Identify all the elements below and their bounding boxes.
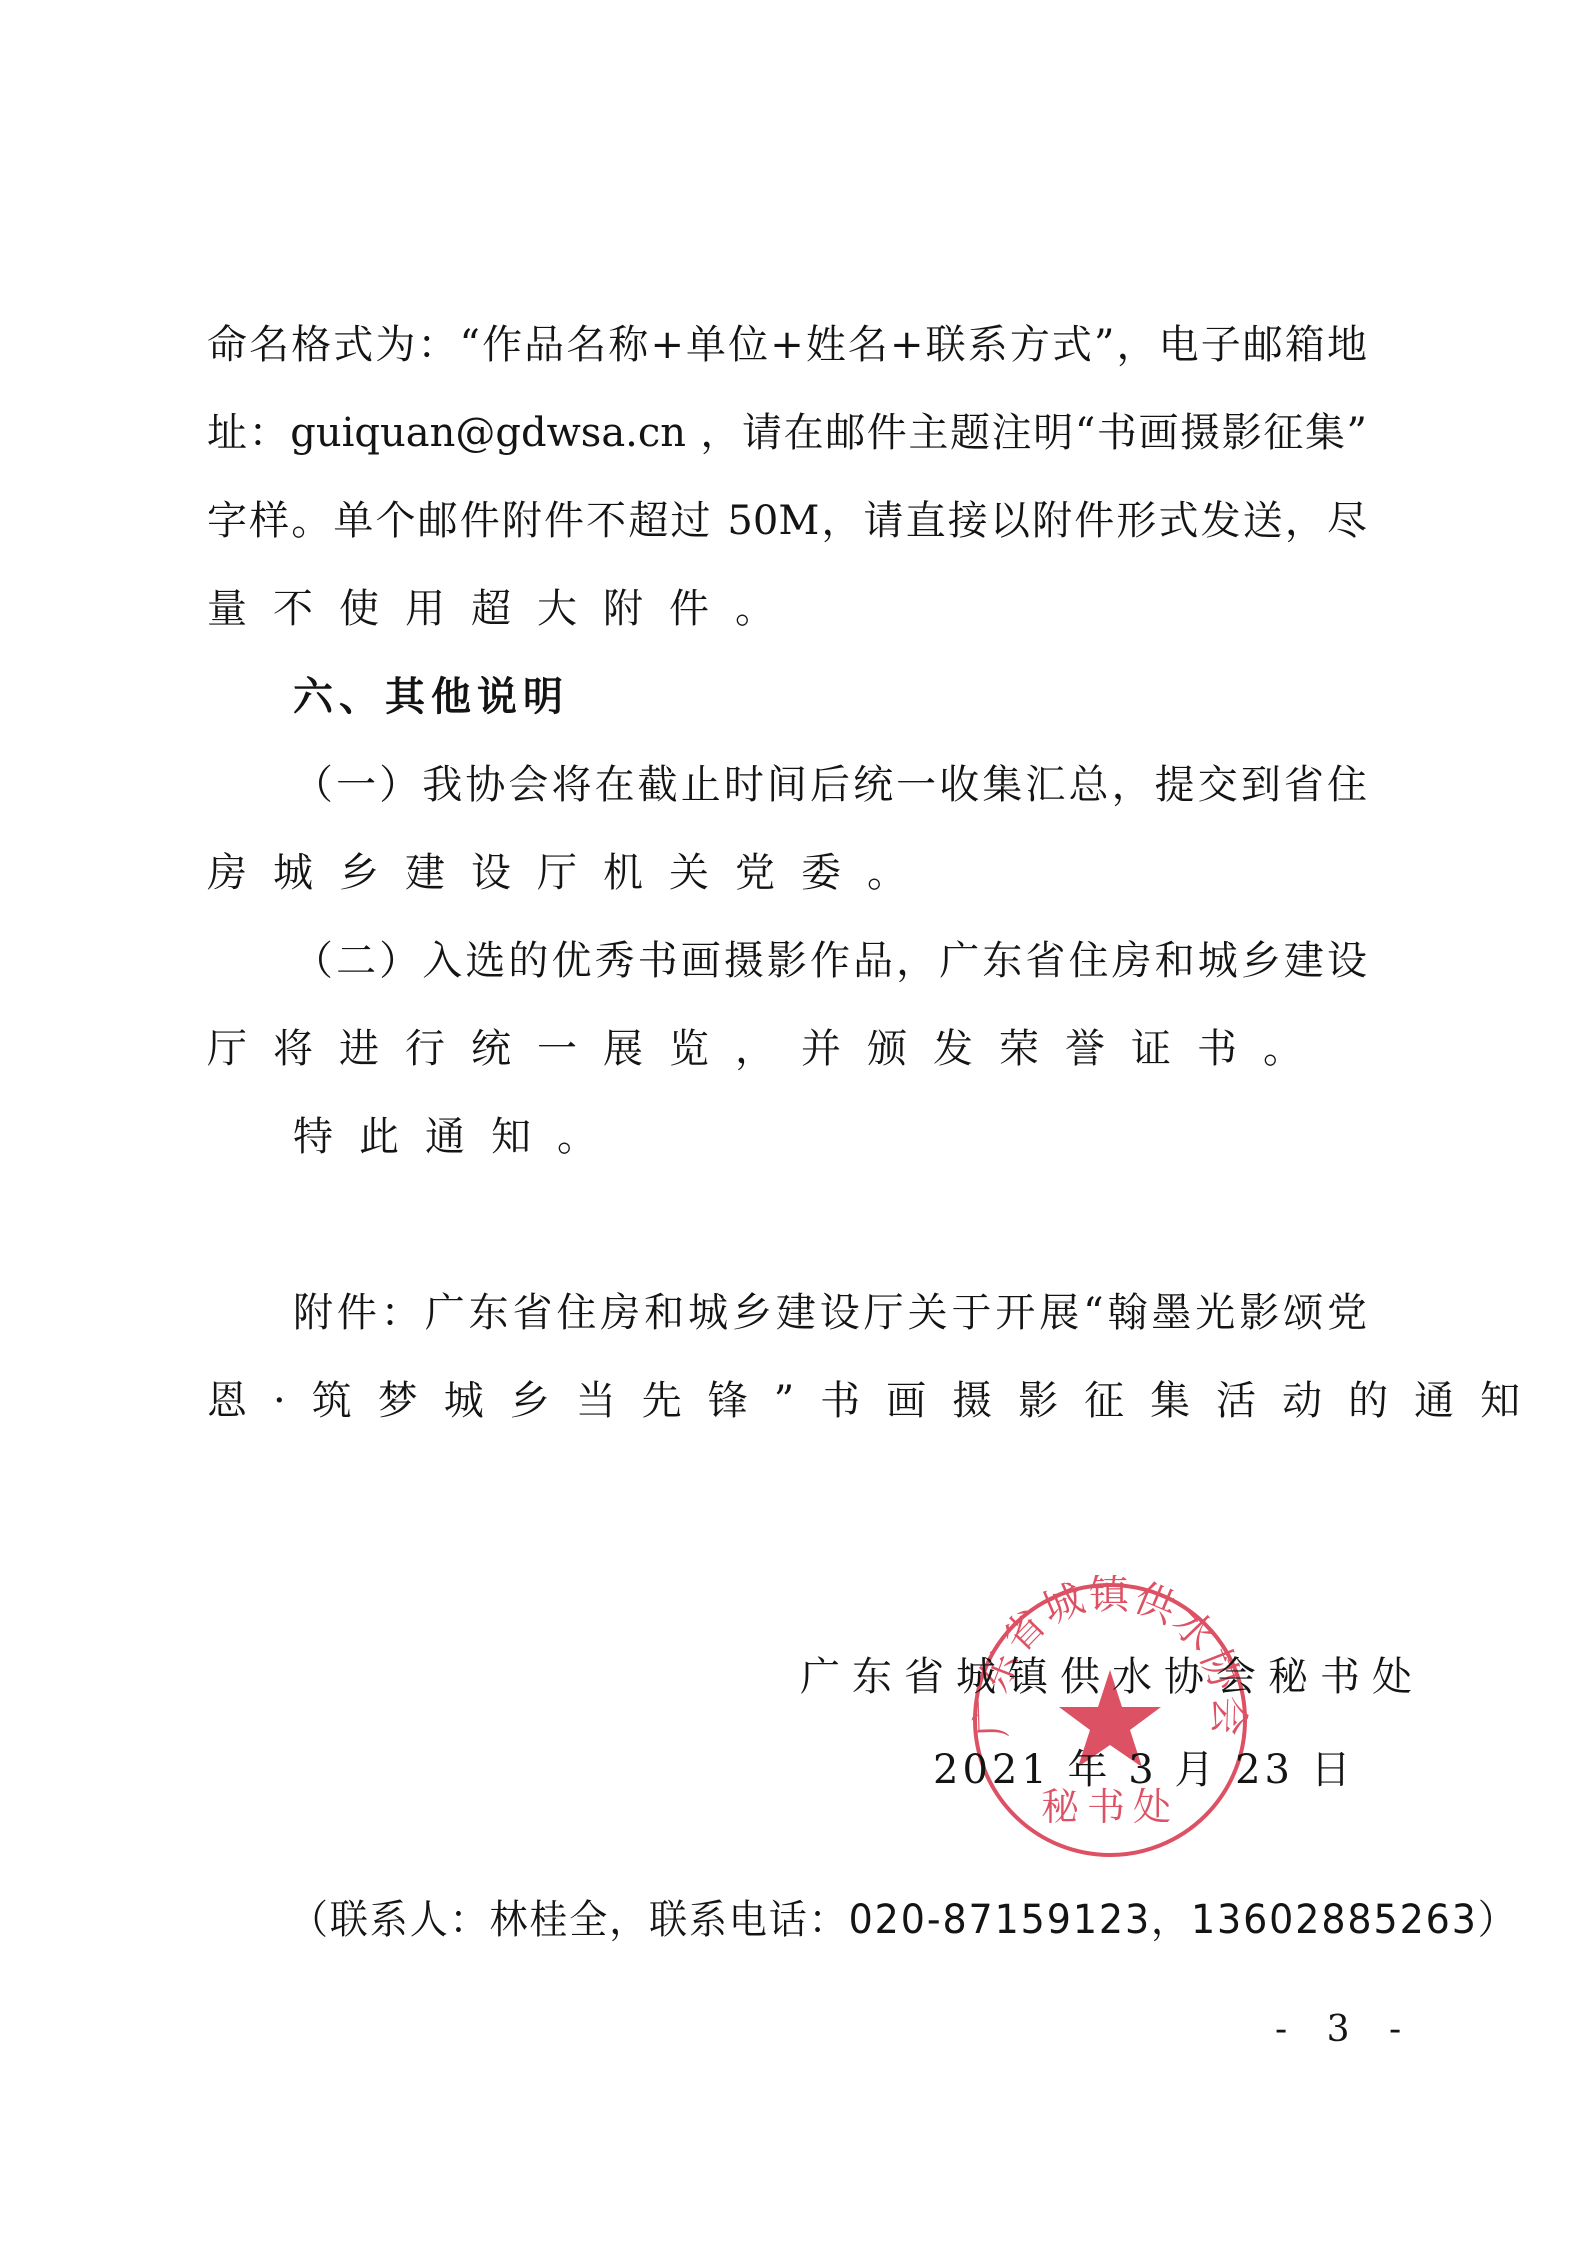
contact-info: （联系人：林桂全，联系电话：020-87159123，13602885263）: [290, 1890, 1518, 1950]
official-seal: 广东省城镇供水协会 秘书处: [965, 1575, 1255, 1865]
page-number: - 3 -: [1275, 2005, 1415, 2055]
item-2-line-2: 厅将进行统一展览，并颁发荣誉证书。: [207, 1019, 1367, 1079]
section-heading: 六、其他说明: [293, 667, 1367, 727]
document-page: 命名格式为：“作品名称+单位+姓名+联系方式”，电子邮箱地 址：guiquan@…: [0, 0, 1587, 2244]
item-1-line-1: （一）我协会将在截止时间后统一收集汇总，提交到省住: [293, 755, 1367, 815]
closing-text: 特此通知。: [293, 1107, 1367, 1167]
signature-organization: 广东省城镇供水协会秘书处: [800, 1647, 1424, 1707]
item-2-line-1: （二）入选的优秀书画摄影作品，广东省住房和城乡建设: [293, 931, 1367, 991]
body-line-4: 量不使用超大附件。: [207, 579, 1367, 639]
attachment-line-2: 恩·筑梦城乡当先锋”书画摄影征集活动的通知: [207, 1371, 1367, 1431]
body-line-2: 址：guiquan@gdwsa.cn ，请在邮件主题注明“书画摄影征集”: [207, 403, 1367, 463]
attachment-line-1: 附件：广东省住房和城乡建设厅关于开展“翰墨光影颂党: [293, 1283, 1367, 1343]
signature-date: 2021 年 3 月 23 日: [933, 1740, 1355, 1800]
body-line-3: 字样。单个邮件附件不超过 50M，请直接以附件形式发送，尽: [207, 491, 1367, 551]
item-1-line-2: 房城乡建设厅机关党委。: [207, 843, 1367, 903]
body-line-1: 命名格式为：“作品名称+单位+姓名+联系方式”，电子邮箱地: [207, 315, 1367, 375]
